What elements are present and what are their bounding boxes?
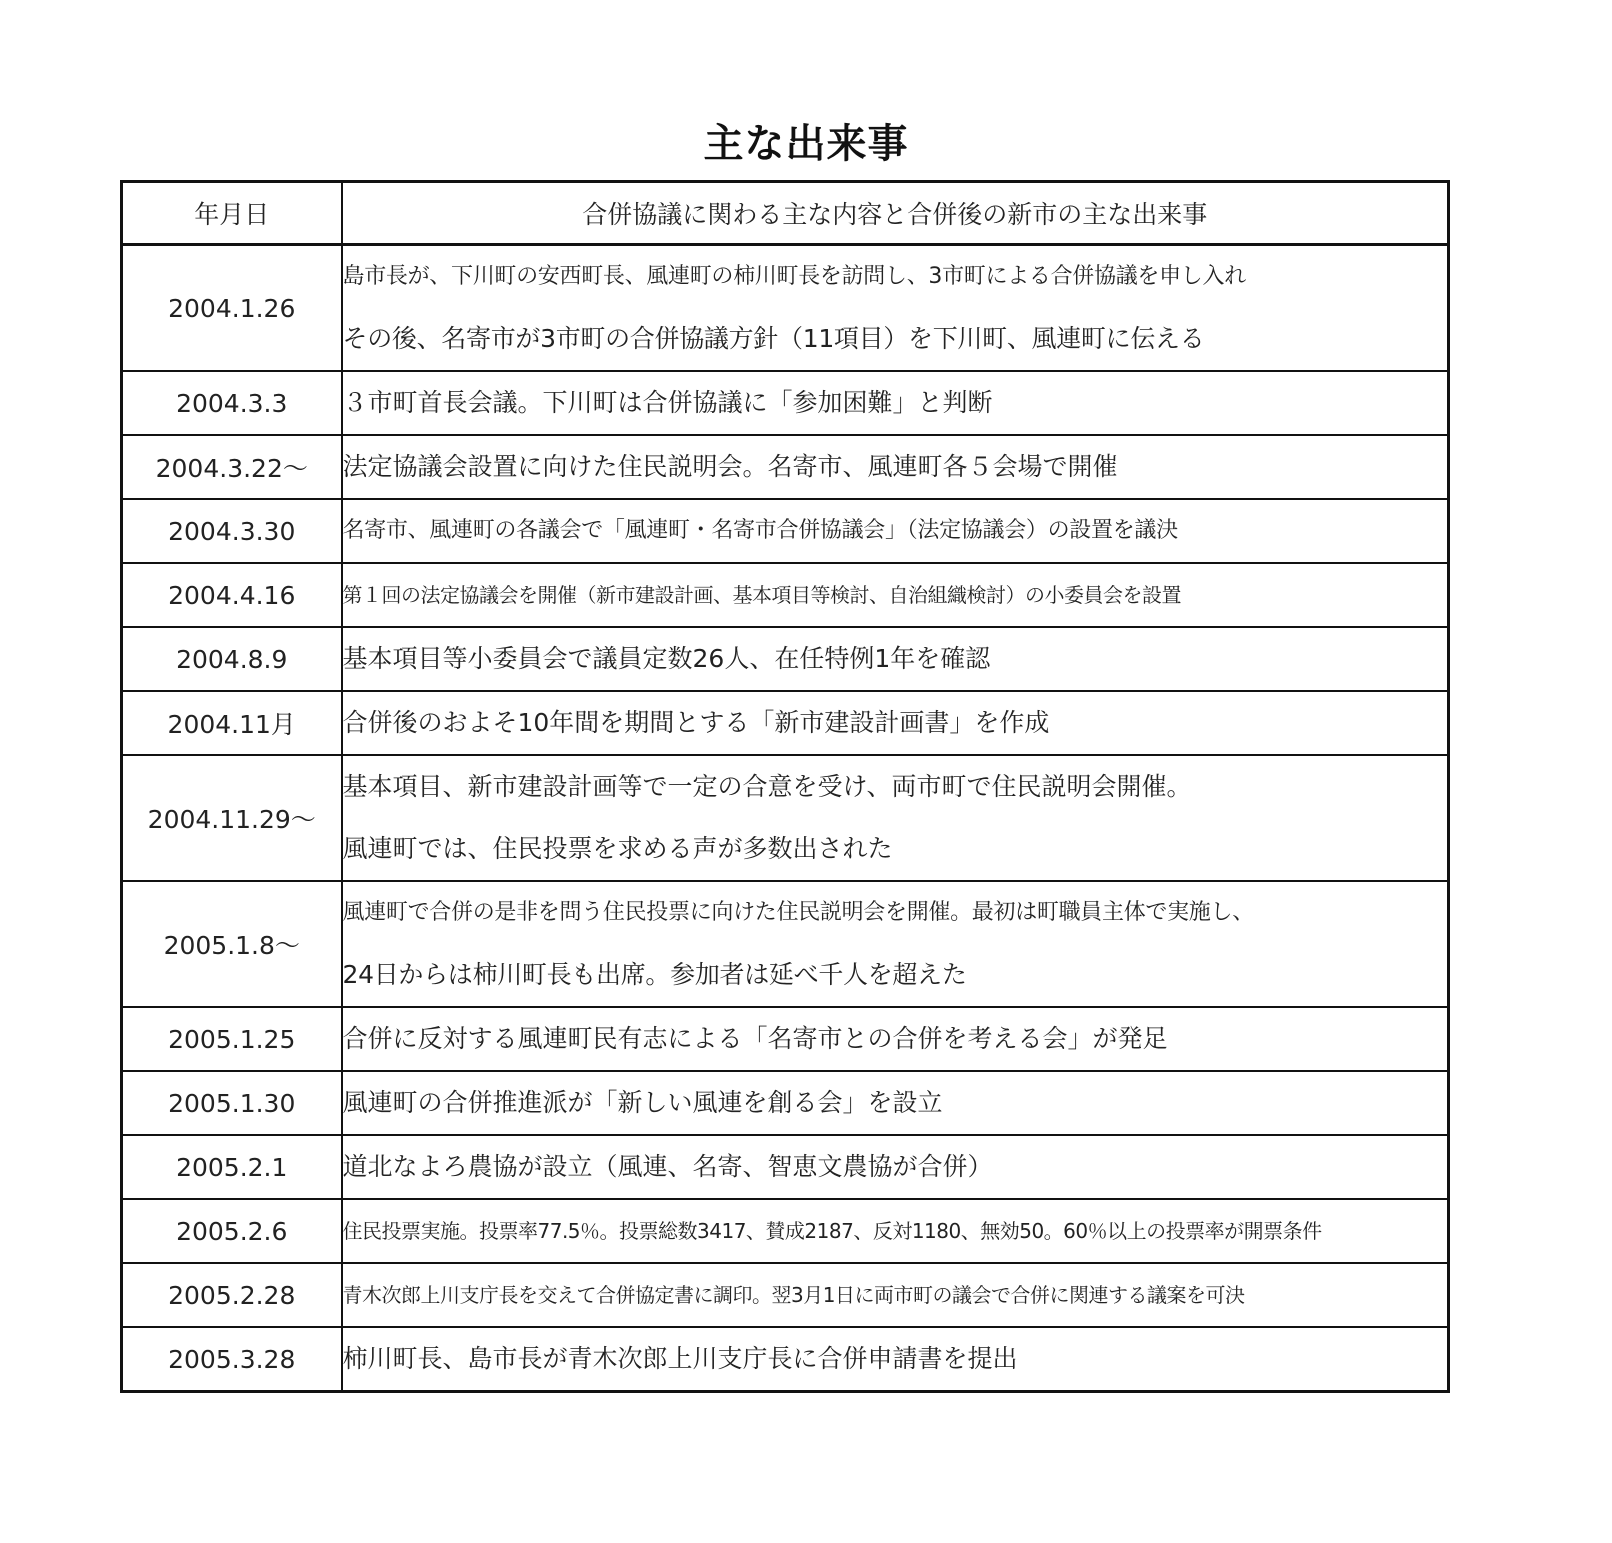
event-date: 2005.2.1: [122, 1135, 342, 1199]
column-header-date: 年月日: [122, 182, 342, 245]
event-date: 2005.3.28: [122, 1327, 342, 1392]
table-row: 2005.1.30 風連町の合併推進派が「新しい風連を創る会」を設立: [122, 1071, 1449, 1135]
event-description-line: 合併に反対する風連町民有志による「名寄市との合併を考える会」が発足: [343, 1008, 1448, 1070]
event-description-line: 風連町の合併推進派が「新しい風連を創る会」を設立: [343, 1072, 1448, 1134]
event-description: 青木次郎上川支庁長を交えて合併協定書に調印。翌3月1日に両市町の議会で合併に関連…: [342, 1263, 1449, 1327]
event-description-line: 基本項目等小委員会で議員定数26人、在任特例1年を確認: [343, 628, 1448, 690]
event-description: 島市長が、下川町の安西町長、風連町の柿川町長を訪問し、3市町による合併協議を申し…: [342, 245, 1449, 372]
event-description-line: ３市町首長会議。下川町は合併協議に「参加困難」と判断: [343, 372, 1448, 434]
table-row: 2005.1.8～ 風連町で合併の是非を問う住民投票に向けた住民説明会を開催。最…: [122, 881, 1449, 1007]
event-description-line: 法定協議会設置に向けた住民説明会。名寄市、風連町各５会場で開催: [343, 436, 1448, 498]
event-date: 2005.2.28: [122, 1263, 342, 1327]
event-description: 法定協議会設置に向けた住民説明会。名寄市、風連町各５会場で開催: [342, 435, 1449, 499]
event-date: 2004.4.16: [122, 563, 342, 627]
table-row: 2004.3.22～ 法定協議会設置に向けた住民説明会。名寄市、風連町各５会場で…: [122, 435, 1449, 499]
event-date: 2004.11月: [122, 691, 342, 755]
table-row: 2005.2.1 道北なよろ農協が設立（風連、名寄、智恵文農協が合併）: [122, 1135, 1449, 1199]
table-row: 2004.3.30 名寄市、風連町の各議会で「風連町・名寄市合併協議会」（法定協…: [122, 499, 1449, 563]
event-description-line: 風連町で合併の是非を問う住民投票に向けた住民説明会を開催。最初は町職員主体で実施…: [343, 882, 1448, 944]
event-description: 柿川町長、島市長が青木次郎上川支庁長に合併申請書を提出: [342, 1327, 1449, 1392]
table-row: 2004.8.9 基本項目等小委員会で議員定数26人、在任特例1年を確認: [122, 627, 1449, 691]
event-description: 名寄市、風連町の各議会で「風連町・名寄市合併協議会」（法定協議会）の設置を議決: [342, 499, 1449, 563]
event-date: 2004.1.26: [122, 245, 342, 372]
event-description: 第１回の法定協議会を開催（新市建設計画、基本項目等検討、自治組織検討）の小委員会…: [342, 563, 1449, 627]
table-row: 2004.3.3 ３市町首長会議。下川町は合併協議に「参加困難」と判断: [122, 371, 1449, 435]
event-date: 2004.11.29～: [122, 755, 342, 881]
table-row: 2004.1.26 島市長が、下川町の安西町長、風連町の柿川町長を訪問し、3市町…: [122, 245, 1449, 372]
table-row: 2004.4.16 第１回の法定協議会を開催（新市建設計画、基本項目等検討、自治…: [122, 563, 1449, 627]
table-row: 2004.11.29～ 基本項目、新市建設計画等で一定の合意を受け、両市町で住民…: [122, 755, 1449, 881]
event-description: 住民投票実施。投票率77.5％。投票総数3417、賛成2187、反対1180、無…: [342, 1199, 1449, 1263]
event-description-line: 基本項目、新市建設計画等で一定の合意を受け、両市町で住民説明会開催。: [343, 756, 1448, 818]
table-row: 2005.2.28 青木次郎上川支庁長を交えて合併協定書に調印。翌3月1日に両市…: [122, 1263, 1449, 1327]
event-date: 2004.3.30: [122, 499, 342, 563]
event-date: 2004.3.3: [122, 371, 342, 435]
table-row: 2005.3.28 柿川町長、島市長が青木次郎上川支庁長に合併申請書を提出: [122, 1327, 1449, 1392]
event-description-line: 24日からは柿川町長も出席。参加者は延べ千人を超えた: [343, 944, 1448, 1006]
event-description: 合併に反対する風連町民有志による「名寄市との合併を考える会」が発足: [342, 1007, 1449, 1071]
table-row: 2004.11月 合併後のおよそ10年間を期間とする「新市建設計画書」を作成: [122, 691, 1449, 755]
event-description: 基本項目、新市建設計画等で一定の合意を受け、両市町で住民説明会開催。 風連町では…: [342, 755, 1449, 881]
event-description-line: 青木次郎上川支庁長を交えて合併協定書に調印。翌3月1日に両市町の議会で合併に関連…: [343, 1264, 1448, 1326]
event-date: 2005.2.6: [122, 1199, 342, 1263]
event-description: 基本項目等小委員会で議員定数26人、在任特例1年を確認: [342, 627, 1449, 691]
event-date: 2004.8.9: [122, 627, 342, 691]
event-description-line: 第１回の法定協議会を開催（新市建設計画、基本項目等検討、自治組織検討）の小委員会…: [343, 564, 1448, 626]
event-description: 合併後のおよそ10年間を期間とする「新市建設計画書」を作成: [342, 691, 1449, 755]
event-date: 2005.1.30: [122, 1071, 342, 1135]
event-description-line: 名寄市、風連町の各議会で「風連町・名寄市合併協議会」（法定協議会）の設置を議決: [343, 500, 1448, 562]
event-description-line: 合併後のおよそ10年間を期間とする「新市建設計画書」を作成: [343, 692, 1448, 754]
page-title: 主な出来事: [0, 118, 1612, 170]
event-description-line: 道北なよろ農協が設立（風連、名寄、智恵文農協が合併）: [343, 1136, 1448, 1198]
table-row: 2005.2.6 住民投票実施。投票率77.5％。投票総数3417、賛成2187…: [122, 1199, 1449, 1263]
event-description: ３市町首長会議。下川町は合併協議に「参加困難」と判断: [342, 371, 1449, 435]
event-date: 2004.3.22～: [122, 435, 342, 499]
event-description-line: 風連町では、住民投票を求める声が多数出された: [343, 818, 1448, 880]
event-description: 風連町で合併の是非を問う住民投票に向けた住民説明会を開催。最初は町職員主体で実施…: [342, 881, 1449, 1007]
table-header-row: 年月日 合併協議に関わる主な内容と合併後の新市の主な出来事: [122, 182, 1449, 245]
event-description: 風連町の合併推進派が「新しい風連を創る会」を設立: [342, 1071, 1449, 1135]
column-header-description: 合併協議に関わる主な内容と合併後の新市の主な出来事: [342, 182, 1449, 245]
event-description-line: 柿川町長、島市長が青木次郎上川支庁長に合併申請書を提出: [343, 1328, 1448, 1390]
event-date: 2005.1.25: [122, 1007, 342, 1071]
event-description-line: 島市長が、下川町の安西町長、風連町の柿川町長を訪問し、3市町による合併協議を申し…: [343, 246, 1448, 308]
event-description-line: 住民投票実施。投票率77.5％。投票総数3417、賛成2187、反対1180、無…: [343, 1200, 1448, 1262]
table-row: 2005.1.25 合併に反対する風連町民有志による「名寄市との合併を考える会」…: [122, 1007, 1449, 1071]
event-date: 2005.1.8～: [122, 881, 342, 1007]
event-description-line: その後、名寄市が3市町の合併協議方針（11項目）を下川町、風連町に伝える: [343, 308, 1448, 370]
events-table: 年月日 合併協議に関わる主な内容と合併後の新市の主な出来事 2004.1.26 …: [120, 180, 1450, 1393]
event-description: 道北なよろ農協が設立（風連、名寄、智恵文農協が合併）: [342, 1135, 1449, 1199]
